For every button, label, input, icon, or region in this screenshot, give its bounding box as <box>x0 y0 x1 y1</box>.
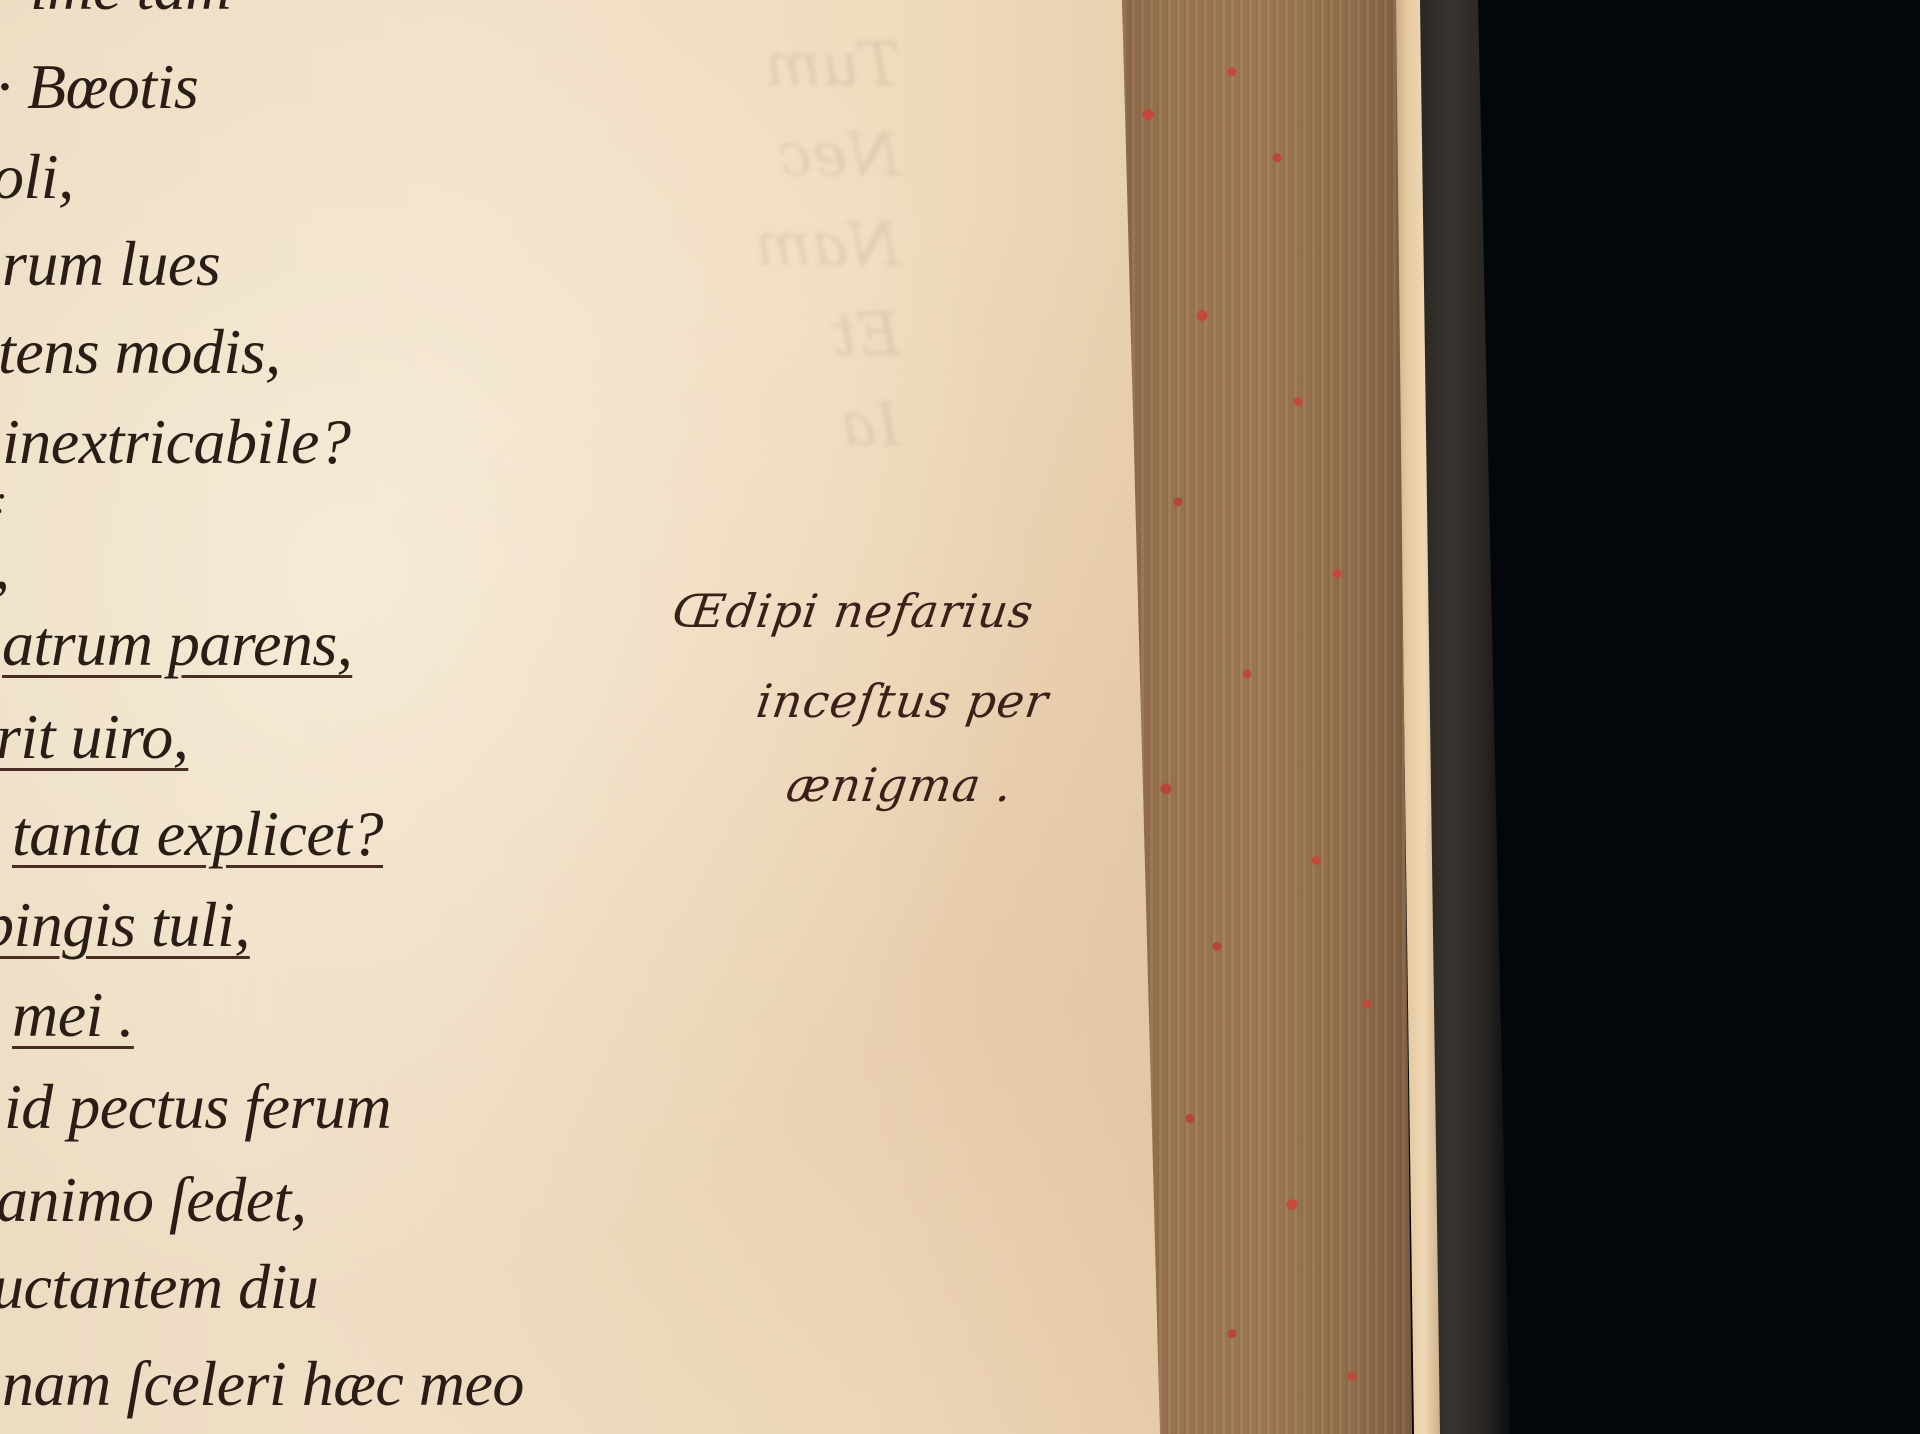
dark-background <box>1460 0 1920 1434</box>
verse-line: tens modis, <box>0 320 281 384</box>
verse-line: animo ſedet, <box>0 1168 306 1232</box>
verse-line: id pectus ferum <box>4 1075 391 1139</box>
sprinkled-fore-edge <box>1112 0 1412 1434</box>
verse-line: ime tam <box>30 0 231 20</box>
printed-verse: ime tam · Bœotis oli, rum lues tens modi… <box>0 0 700 1434</box>
verse-line: uctantem diu <box>0 1255 318 1319</box>
verse-line: · Bœotis <box>0 55 198 119</box>
handwritten-line: ænigma . <box>784 762 1016 808</box>
underlined-verse-line: atrum parens, <box>2 612 352 676</box>
verse-line: oli, <box>0 145 74 209</box>
handwritten-line: Œdipi nefarius <box>670 588 1037 634</box>
verse-line: , <box>0 535 10 599</box>
underlined-verse-line: mei . <box>12 983 134 1047</box>
verse-line: rum lues <box>2 232 220 296</box>
verse-line: : <box>0 480 7 520</box>
underlined-verse-line: pingis tuli, <box>0 893 250 957</box>
printed-page: Tum Nec Nam Et Ia ime tam · Bœotis oli, … <box>0 0 1160 1434</box>
underlined-verse-line: rit uiro, <box>0 705 188 769</box>
underlined-verse-line: tanta explicet? <box>12 802 383 866</box>
handwritten-marginal-note: Œdipi nefarius inceſtus per ænigma . <box>665 570 1155 840</box>
verse-line: nam ſceleri hæc meo <box>2 1352 524 1416</box>
book-photo: Tum Nec Nam Et Ia ime tam · Bœotis oli, … <box>0 0 1920 1434</box>
verse-line: inextricabile? <box>2 410 350 474</box>
handwritten-line: inceſtus per <box>754 678 1052 724</box>
